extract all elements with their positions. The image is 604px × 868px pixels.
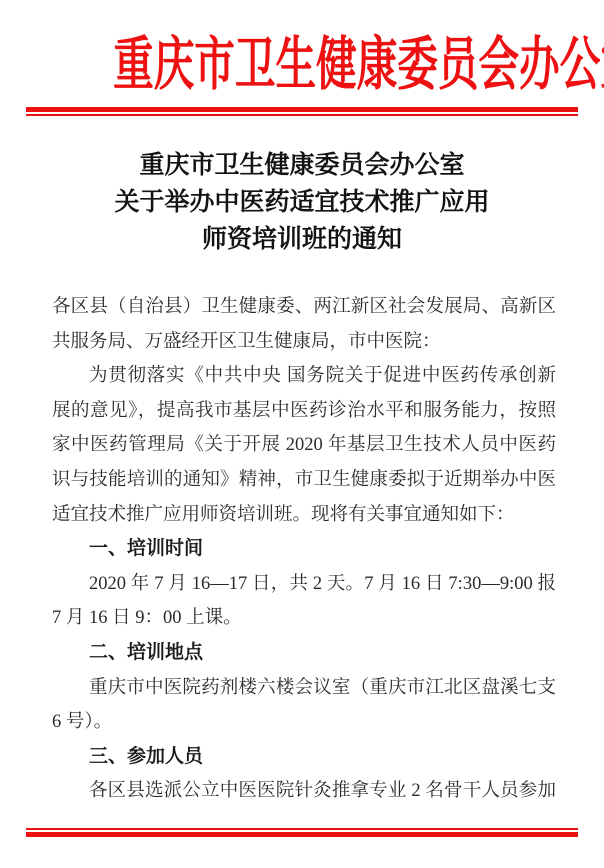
title-line-3: 师资培训班的通知 (0, 221, 604, 258)
body-line-recipients-2: 共服务局、万盛经开区卫生健康局，市中医院： (52, 325, 556, 360)
title-line-2: 关于举办中医药适宜技术推广应用 (0, 184, 604, 221)
body-line-place-1: 重庆市中医院药剂楼六楼会议室（重庆市江北区盘溪七支路 (52, 671, 556, 706)
title-line-1: 重庆市卫生健康委员会办公室 (0, 147, 604, 184)
letterhead-org-name: 重庆市卫生健康委员会办公室 (113, 28, 604, 102)
letterhead: 重庆市卫生健康委员会办公室 (0, 28, 604, 102)
body-line-intro-1: 为贯彻落实《中共中央 国务院关于促进中医药传承创新发 (52, 359, 556, 394)
letterhead-divider-thin-line (26, 114, 578, 116)
body-line-intro-2: 展的意见》，提高我市基层中医药诊治水平和服务能力，按照国 (52, 394, 556, 429)
footer-divider (26, 828, 578, 837)
document-body: 各区县（自治县）卫生健康委、两江新区社会发展局、高新区公 共服务局、万盛经开区卫… (52, 290, 556, 809)
body-line-intro-5: 适宜技术推广应用师资培训班。现将有关事宜通知如下： (52, 498, 556, 533)
document-page: 重庆市卫生健康委员会办公室 重庆市卫生健康委员会办公室 关于举办中医药适宜技术推… (0, 0, 604, 868)
body-line-place-2: 6 号）。 (52, 705, 556, 740)
section-heading-1-time: 一、培训时间 (52, 532, 556, 567)
body-line-people-1: 各区县选派公立中医医院针灸推拿专业 2 名骨干人员参加 (52, 774, 556, 809)
body-line-recipients-1: 各区县（自治县）卫生健康委、两江新区社会发展局、高新区公 (52, 290, 556, 325)
body-line-time-1: 2020 年 7 月 16—17 日，共 2 天。7 月 16 日 7:30—9… (52, 567, 556, 602)
document-title: 重庆市卫生健康委员会办公室 关于举办中医药适宜技术推广应用 师资培训班的通知 (0, 147, 604, 258)
section-heading-2-place: 二、培训地点 (52, 636, 556, 671)
letterhead-divider (26, 107, 578, 116)
footer-divider-thick-line (26, 832, 578, 837)
section-heading-3-people: 三、参加人员 (52, 740, 556, 775)
body-line-time-2: 7 月 16 日 9：00 上课。 (52, 601, 556, 636)
body-line-intro-3: 家中医药管理局《关于开展 2020 年基层卫生技术人员中医药知 (52, 428, 556, 463)
body-line-intro-4: 识与技能培训的通知》精神，市卫生健康委拟于近期举办中医药 (52, 463, 556, 498)
